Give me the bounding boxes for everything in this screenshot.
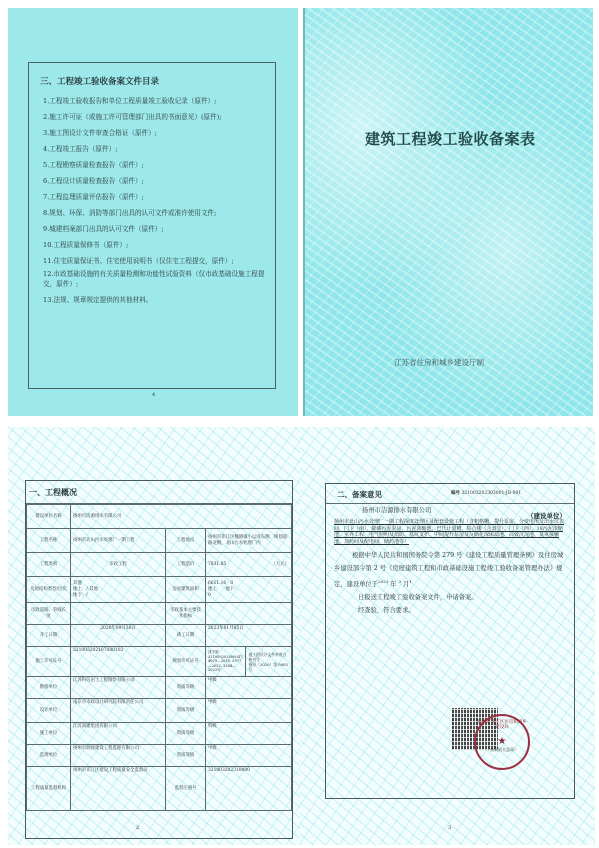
overview-table: 建设单位名称 扬州市洁源排水有限公司 工程名称 扬州市北山污水处理厂一期工程 工…: [26, 504, 292, 811]
area-label: 房屋建筑面积: [166, 577, 206, 603]
structure-label: 房屋结构类型/层次: [27, 577, 71, 603]
below-value: /: [86, 593, 87, 598]
cost-value: 7831.85: [208, 562, 226, 567]
page-filing-opinion: 二、备案意见 编号 321003202303001-JB-001 扬州市洁源排水…: [300, 427, 595, 845]
filing-number: 321003202303001-JB-001: [461, 491, 521, 496]
year-unit: 年: [390, 581, 396, 588]
page-project-overview: 一、工程概况 建设单位名称 扬州市洁源排水有限公司 工程名称 扬州市北山污水处理…: [8, 427, 300, 845]
seal-text: 扬州市邗江区住房和城乡建设局: [476, 720, 528, 730]
permit-value: 321003202107080102: [71, 647, 166, 677]
spec-label: 市政基本主要技术指标: [166, 603, 206, 625]
above-label: 地上：: [73, 587, 86, 592]
survey-value: 江苏科信岩土工程勘察有限公司: [71, 677, 166, 699]
list-item: 7.工程监理质量评估报告（原件）;: [43, 189, 267, 205]
plan-label: 规划许可证号: [166, 647, 206, 677]
construction-label: 施工单位: [27, 723, 71, 745]
report-month: 3: [399, 579, 402, 584]
area-above-label: 地上：: [208, 587, 221, 592]
builder-value: 扬州市洁源排水有限公司: [71, 505, 292, 529]
quality-agency-value: 扬州市邗江区建设工程质量安全监督站: [71, 767, 166, 811]
area-below-value: 0: [230, 581, 233, 586]
table-row: 设计单位 南京市市政设计研究院有限责任公司 资质等级 甲级: [27, 699, 292, 723]
road-value: [71, 603, 166, 625]
page-number: 4: [152, 392, 155, 398]
supervisor-value: 扬州市润扬建设工程监理有限公司: [71, 745, 166, 767]
other-label: 其他: [89, 587, 98, 592]
location-label: 工程地点: [166, 529, 206, 553]
page-number: 2: [136, 825, 139, 831]
seal-caption: （备案机关盖章）: [476, 747, 528, 753]
registration-label: 监督注册号: [166, 767, 206, 811]
area-extra: 0: [208, 593, 211, 598]
list-item: 8.规划、环保、消防等部门出具的认可文件或准许使用文件;: [43, 205, 267, 221]
list-item: 5.工程勘察质量检查报告（原件）;: [43, 157, 267, 173]
area-below-label: 地下：: [225, 587, 238, 592]
table-row: 施工许可证号 321003202107080102 规划许可证号 建字第 321…: [27, 647, 292, 677]
design-cert-value: 甲级: [206, 699, 292, 723]
list-item: 4.工程竣工报告（原件）;: [43, 141, 267, 157]
table-row: 施工单位 江苏润建集团有限公司 资质等级 特级: [27, 723, 292, 745]
structure-type: 其他: [73, 581, 82, 586]
star-icon: ★: [476, 736, 528, 747]
list-item: 12.市政基础设施的有关质量检测和功能性试验资料（仅市政基础设施工程提交，原件）…: [43, 269, 267, 292]
cost-unit: （万元）: [271, 562, 289, 568]
registration-value: 321003202310000: [206, 767, 292, 811]
start-date-label: 开工日期: [27, 625, 71, 647]
review-value: 扬设（2020）第 0063号: [248, 662, 288, 672]
overview-frame: 一、工程概况 建设单位名称 扬州市洁源排水有限公司 工程名称 扬州市北山污水处理…: [25, 480, 293, 839]
survey-label: 勘察单位: [27, 677, 71, 699]
table-row: 市政道路、管线长度 市政基本主要技术指标: [27, 603, 292, 625]
supervisor-cert-value: 甲级: [206, 745, 292, 767]
spec-value: [206, 603, 292, 625]
page-cover: 建筑工程竣工验收备案表 江苏省住房和城乡建设厅制: [303, 8, 593, 416]
regulation-text: 根据中华人民共和国国务院令第 279 号《建设工程质量管理条例》及住房城乡建设部…: [334, 552, 563, 588]
project-name-value: 扬州市北山污水处理厂一期工程: [71, 529, 166, 553]
table-row: 工程名称 扬州市北山污水处理厂一期工程 工程地点 扬州市邗江区槐泗镇小运河东侧、…: [27, 529, 292, 553]
survey-cert-label: 资质等级: [166, 677, 206, 699]
document-list-heading: 三、工程竣工验收备案文件目录: [40, 75, 275, 87]
location-value: 扬州市邗江区槐泗镇小运河东侧、规划道路北侧，北山污水处理厂内: [206, 529, 292, 553]
design-cert-label: 资质等级: [166, 699, 206, 723]
list-item: 9.城建档案部门出具的认可文件（原件）;: [43, 221, 267, 237]
construction-cert-value: 特级: [206, 723, 292, 745]
list-item: 10.工程质量保修书（原件）;: [43, 237, 267, 253]
submission-text: 日报送工程竣工验收备案文件，申请备案。: [358, 591, 566, 604]
design-label: 设计单位: [27, 699, 71, 723]
page-number: 3: [448, 825, 451, 831]
survey-cert-value: 甲级: [206, 677, 292, 699]
construction-value: 江苏润建集团有限公司: [71, 723, 166, 745]
table-row: 工程类别 市政工程 工程造价 7831.85 （万元）: [27, 553, 292, 577]
project-name-label: 工程名称: [27, 529, 71, 553]
above-value: /: [86, 587, 87, 592]
inspection-result: 经查验，符合要求。: [358, 604, 566, 617]
opinion-frame: 二、备案意见 编号 321003202303001-JB-001 扬州市洁源排水…: [325, 483, 575, 799]
builder-label: 建设单位名称: [27, 505, 71, 529]
fold-line: [303, 8, 305, 416]
table-row: 开工日期 2020年09月30日 竣工日期 2023年01月05日: [27, 625, 292, 647]
area-above-value: 6611.16: [208, 581, 226, 586]
cost-label: 工程造价: [166, 553, 206, 577]
category-value: 市政工程: [71, 553, 166, 577]
list-item: 11.住宅质量保证书、住宅使用说明书（仅住宅工程提交，原件）;: [43, 253, 267, 269]
supervisor-cert-label: 资质等级: [166, 745, 206, 767]
report-year: 2023: [378, 579, 388, 584]
end-date-value: 2023年01月05日: [206, 625, 292, 647]
design-value: 南京市市政设计研究院有限责任公司: [71, 699, 166, 723]
below-label: 地下：: [73, 593, 86, 598]
list-item: 13.法规、规章规定提供的其他材料。: [43, 292, 267, 308]
report-day: 1: [409, 579, 412, 584]
end-date-label: 竣工日期: [166, 625, 206, 647]
project-scope: 扬州市北山污水处理厂一期工程深度处理区及配套设施工程（含粗格栅、提升泵房、分变电…: [334, 519, 566, 545]
road-label: 市政道路、管线长度: [27, 603, 71, 625]
list-item: 1.工程竣工验收报告和单位工程质量竣工验收记录（原件）;: [43, 93, 267, 109]
table-row: 勘察单位 江苏科信岩土工程勘察有限公司 资质等级 甲级: [27, 677, 292, 699]
start-date-value: 2020年09月30日: [71, 625, 166, 647]
opinion-heading: 二、备案意见: [337, 489, 382, 500]
list-item: 2.施工许可证（或施工许可管理部门出具的书面意见）(原件);: [43, 109, 267, 125]
supervisor-label: 监理单位: [27, 745, 71, 767]
filing-number-label: 编号: [451, 491, 460, 496]
overview-heading: 一、工程概况: [29, 487, 77, 498]
table-row: 建设单位名称 扬州市洁源排水有限公司: [27, 505, 292, 529]
list-item: 3.施工图设计文件审查合格证（原件）;: [43, 125, 267, 141]
table-row: 监理单位 扬州市润扬建设工程监理有限公司 资质等级 甲级: [27, 745, 292, 767]
list-item: 6.工程设计质量检查报告（原件）;: [43, 173, 267, 189]
table-row: 房屋结构类型/层次 其他地上：/ 其他地下：/ 房屋建筑面积 6611.16 0…: [27, 577, 292, 603]
page-document-list: 三、工程竣工验收备案文件目录 1.工程竣工验收报告和单位工程质量竣工验收记录（原…: [8, 8, 298, 416]
permit-label: 施工许可证号: [27, 647, 71, 677]
table-row: 工程质量监督机构 扬州市邗江区建设工程质量安全监督站 监督注册号 3210032…: [27, 767, 292, 811]
document-list: 1.工程竣工验收报告和单位工程质量竣工验收记录（原件）; 2.施工许可证（或施工…: [29, 93, 275, 308]
plan-value: 建字第 321003202000047, 4679—2018, 5977—202…: [206, 647, 246, 677]
document-list-box: 三、工程竣工验收备案文件目录 1.工程竣工验收报告和单位工程质量竣工验收记录（原…: [28, 62, 276, 389]
cover-issuer: 江苏省住房和城乡建设厅制: [394, 357, 484, 368]
cover-title: 建筑工程竣工验收备案表: [365, 128, 536, 149]
review-label: 施工图设计文件审查合格书号: [248, 652, 286, 662]
category-label: 工程类别: [27, 553, 71, 577]
quality-agency-label: 工程质量监督机构: [27, 767, 71, 811]
official-seal: 扬州市邗江区住房和城乡建设局 ★ （备案机关盖章）: [474, 714, 530, 770]
construction-cert-label: 资质等级: [166, 723, 206, 745]
